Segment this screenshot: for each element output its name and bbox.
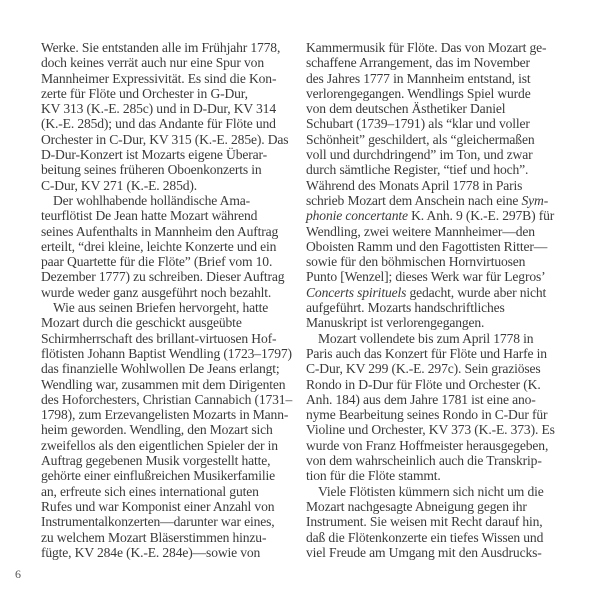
text-line: Schirmherrschaft des brillant-virtuosen … — [41, 331, 306, 346]
text-line: tion für die Flöte stammt. — [306, 468, 571, 483]
italic-title: Concerts spirituels — [306, 285, 406, 300]
paragraph-start-line: Wie aus seinen Briefen hervorgeht, hatte — [41, 300, 306, 315]
text-line: des Hoforchesters, Christian Cannabich (… — [41, 392, 306, 407]
text-line: doch keines verrät auch nur eine Spur vo… — [41, 55, 306, 70]
text-line: durch sämtliche Register, “tief und hoch… — [306, 162, 571, 177]
text-line: fügte, KV 284e (K.-E. 284e)—sowie von — [41, 545, 306, 560]
text-line: Werke. Sie entstanden alle im Frühjahr 1… — [41, 40, 306, 55]
text-line: teurflötist De Jean hatte Mozart während — [41, 208, 306, 223]
italic-title: Sym- — [522, 193, 549, 208]
text-line: Instrument. Sie weisen mit Recht darauf … — [306, 514, 571, 529]
text-line: sowie für den böhmischen Hornvirtuosen — [306, 254, 571, 269]
text-line: des Jahres 1777 in Mannheim entstand, is… — [306, 71, 571, 86]
text-line: Anh. 184) aus dem Jahre 1781 ist eine an… — [306, 392, 571, 407]
left-column: Werke. Sie entstanden alle im Frühjahr 1… — [41, 40, 306, 560]
text-line: wurde weder ganz ausgeführt noch bezahlt… — [41, 285, 306, 300]
text-line: Während des Monats April 1778 in Paris — [306, 178, 571, 193]
paragraph-start-line: Mozart vollendete bis zum April 1778 in — [306, 331, 571, 346]
text-line: an, erfreute sich eines international gu… — [41, 484, 306, 499]
text-line: Mannheimer Expressivität. Es sind die Ko… — [41, 71, 306, 86]
text-line: schaffene Arrangement, das im November — [306, 55, 571, 70]
text-line: seines Aufenthalts in Mannheim den Auftr… — [41, 224, 306, 239]
text-line: paar Quartette für die Flöte” (Brief vom… — [41, 254, 306, 269]
text-line: zerte für Flöte und Orchester in G-Dur, — [41, 86, 306, 101]
text-line: heim geworden. Wendling, den Mozart sich — [41, 422, 306, 437]
text-line: D-Dur-Konzert ist Mozarts eigene Überar- — [41, 147, 306, 162]
text-line: verlorengegangen. Wendlings Spiel wurde — [306, 86, 571, 101]
text-run: schrieb Mozart dem Anschein nach eine — [306, 193, 522, 208]
text-run: gedacht, wurde aber nicht — [406, 285, 546, 300]
text-line: Instrumentalkonzerten—darunter war eines… — [41, 514, 306, 529]
text-line: Paris auch das Konzert für Flöte und Har… — [306, 346, 571, 361]
text-line: aufgeführt. Mozarts handschriftliches — [306, 300, 571, 315]
text-line: daß die Flötenkonzerte ein tiefes Wissen… — [306, 530, 571, 545]
text-line: Concerts spirituels gedacht, wurde aber … — [306, 285, 571, 300]
text-line: Orchester in C-Dur, KV 315 (K.-E. 285e).… — [41, 132, 306, 147]
italic-title: phonie concertante — [306, 208, 408, 223]
text-line: viel Freude am Umgang mit den Ausdrucks- — [306, 545, 571, 560]
right-column: Kammermusik für Flöte. Das von Mozart ge… — [306, 40, 571, 560]
text-line: gehörte einer einflußreichen Musikerfami… — [41, 468, 306, 483]
text-line: das finanzielle Wohlwollen De Jeans erla… — [41, 361, 306, 376]
text-line: voll und durchdringend” im Ton, und zwar — [306, 147, 571, 162]
text-line: zweifellos als den eigentlichen Spieler … — [41, 438, 306, 453]
text-line: C-Dur, KV 299 (K.-E. 297c). Sein graziös… — [306, 361, 571, 376]
text-line: Wendling war, zusammen mit dem Dirigente… — [41, 377, 306, 392]
text-line: Schönheit” geschildert, als “gleichermaß… — [306, 132, 571, 147]
text-run: K. Anh. 9 (K.-E. 297B) für — [408, 208, 554, 223]
text-line: Punto [Wenzel]; dieses Werk war für Legr… — [306, 269, 571, 284]
text-line: Oboisten Ramm und den Fagottisten Ritter… — [306, 239, 571, 254]
text-line: von dem wahrscheinlich auch die Transkri… — [306, 453, 571, 468]
text-line: Dezember 1777) zu schreiben. Dieser Auft… — [41, 269, 306, 284]
text-line: nyme Bearbeitung seines Rondo in C-Dur f… — [306, 407, 571, 422]
text-line: KV 313 (K.-E. 285c) und in D-Dur, KV 314 — [41, 101, 306, 116]
text-line: erteilt, “drei kleine, leichte Konzerte … — [41, 239, 306, 254]
text-line: von dem deutschen Ästhetiker Daniel — [306, 101, 571, 116]
text-line: Manuskript ist verlorengegangen. — [306, 315, 571, 330]
text-line: phonie concertante K. Anh. 9 (K.-E. 297B… — [306, 208, 571, 223]
text-line: wurde von Franz Hoffmeister herausgegebe… — [306, 438, 571, 453]
text-line: 1798), zum Erzevangelisten Mozarts in Ma… — [41, 407, 306, 422]
text-line: beitung seines früheren Oboenkonzerts in — [41, 162, 306, 177]
text-line: (K.-E. 285d); und das Andante für Flöte … — [41, 116, 306, 131]
text-line: Mozart nachgesagte Abneigung gegen ihr — [306, 499, 571, 514]
text-line: Auftrag gegebenen Musik vorgestellt hatt… — [41, 453, 306, 468]
paragraph-start-line: Viele Flötisten kümmern sich nicht um di… — [306, 484, 571, 499]
text-line: Violine und Orchester, KV 373 (K.-E. 373… — [306, 422, 571, 437]
paragraph-start-line: Der wohlhabende holländische Ama- — [41, 193, 306, 208]
text-line: Mozart durch die geschickt ausgeübte — [41, 315, 306, 330]
text-line: C-Dur, KV 271 (K.-E. 285d). — [41, 178, 306, 193]
text-line: Schubart (1739–1791) als “klar und volle… — [306, 116, 571, 131]
text-line: Wendling, zwei weitere Mannheimer—den — [306, 224, 571, 239]
text-line: flötisten Johann Baptist Wendling (1723–… — [41, 346, 306, 361]
text-line: Rondo in D-Dur für Flöte und Orchester (… — [306, 377, 571, 392]
text-line: zu welchem Mozart Bläserstimmen hinzu- — [41, 530, 306, 545]
text-line: Kammermusik für Flöte. Das von Mozart ge… — [306, 40, 571, 55]
text-line: schrieb Mozart dem Anschein nach eine Sy… — [306, 193, 571, 208]
text-line: Rufes und war Komponist einer Anzahl von — [41, 499, 306, 514]
page-number: 6 — [15, 567, 21, 582]
